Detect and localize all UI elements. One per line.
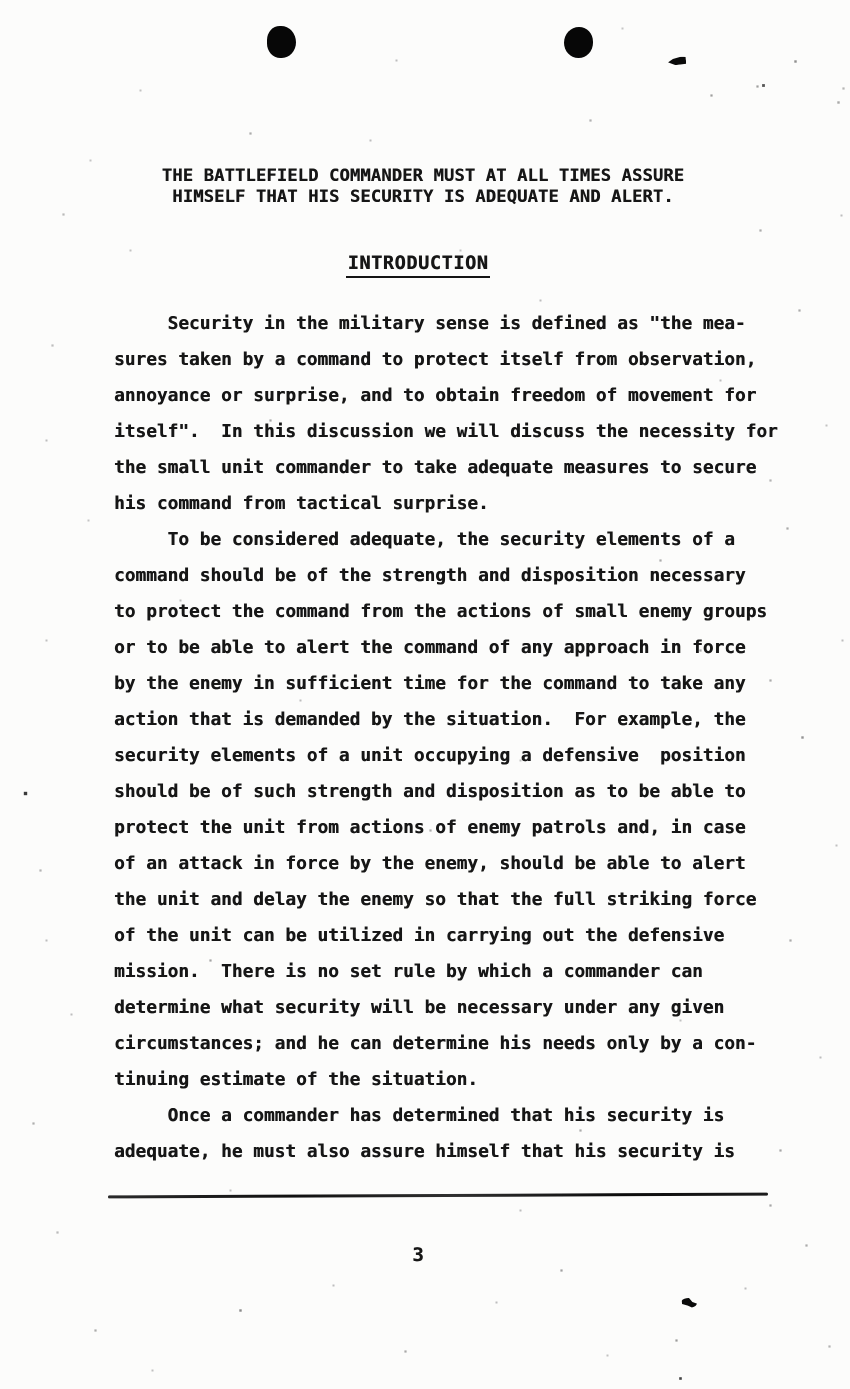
text-line: his command from tactical surprise. <box>114 486 814 522</box>
header-line-2: HIMSELF THAT HIS SECURITY IS ADEQUATE AN… <box>115 187 731 208</box>
text-line: mission. There is no set rule by which a… <box>114 954 814 990</box>
text-line: security elements of a unit occupying a … <box>114 738 814 774</box>
header-line-1: THE BATTLEFIELD COMMANDER MUST AT ALL TI… <box>115 166 731 187</box>
text-line: sures taken by a command to protect itse… <box>114 342 814 378</box>
text-line: tinuing estimate of the situation. <box>114 1062 814 1098</box>
text-line: command should be of the strength and di… <box>114 558 814 594</box>
text-line: protect the unit from actions of enemy p… <box>114 810 814 846</box>
punch-hole-icon <box>267 26 296 58</box>
ink-smudge-icon <box>680 1297 697 1309</box>
text-line: or to be able to alert the command of an… <box>114 630 814 666</box>
ink-smudge-icon <box>668 56 687 65</box>
body-text: Security in the military sense is define… <box>114 306 814 1170</box>
text-line: to protect the command from the actions … <box>114 594 814 630</box>
document-header: THE BATTLEFIELD COMMANDER MUST AT ALL TI… <box>115 166 731 207</box>
text-line: the unit and delay the enemy so that the… <box>114 882 814 918</box>
scanned-document-page: THE BATTLEFIELD COMMANDER MUST AT ALL TI… <box>0 0 850 1389</box>
text-line: annoyance or surprise, and to obtain fre… <box>114 378 814 414</box>
page-number: 3 <box>115 1244 721 1266</box>
paragraph: To be considered adequate, the security … <box>114 522 814 1098</box>
text-line: determine what security will be necessar… <box>114 990 814 1026</box>
text-line: Security in the military sense is define… <box>114 306 814 342</box>
text-line: To be considered adequate, the security … <box>114 522 814 558</box>
text-line: of an attack in force by the enemy, shou… <box>114 846 814 882</box>
paragraph: Security in the military sense is define… <box>114 306 814 522</box>
paragraph: Once a commander has determined that his… <box>114 1098 814 1170</box>
text-line: should be of such strength and dispositi… <box>114 774 814 810</box>
scan-noise-speckles <box>0 0 1 1</box>
text-line: by the enemy in sufficient time for the … <box>114 666 814 702</box>
text-line: action that is demanded by the situation… <box>114 702 814 738</box>
text-line: adequate, he must also assure himself th… <box>114 1134 814 1170</box>
text-line: Once a commander has determined that his… <box>114 1098 814 1134</box>
section-heading-text: INTRODUCTION <box>346 253 491 278</box>
text-line: the small unit commander to take adequat… <box>114 450 814 486</box>
text-line: circumstances; and he can determine his … <box>114 1026 814 1062</box>
text-line: of the unit can be utilized in carrying … <box>114 918 814 954</box>
footnote-rule <box>108 1193 768 1199</box>
section-heading: INTRODUCTION <box>115 253 721 275</box>
text-line: itself". In this discussion we will disc… <box>114 414 814 450</box>
punch-hole-icon <box>564 27 593 58</box>
